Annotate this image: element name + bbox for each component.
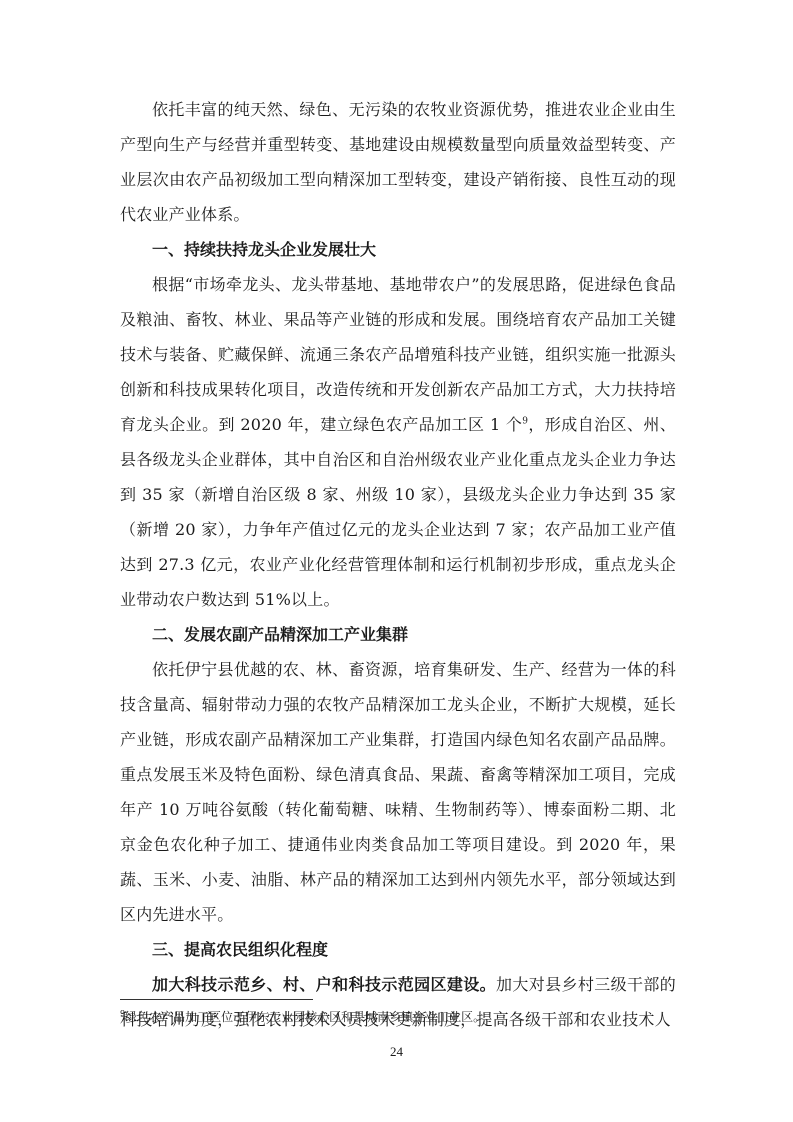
page-body: 依托丰富的纯天然、绿色、无污染的农牧业资源优势，推进农业企业由生产型向生产与经营… xyxy=(120,92,676,1037)
section-2-paragraph: 依托伊宁县优越的农、林、畜资源，培育集研发、生产、经营为一体的科技含量高、辐射带… xyxy=(120,652,676,932)
section-1-text-after: ，形成自治区、州、县各级龙头企业群体，其中自治区和自治州级农业产业化重点龙头企业… xyxy=(120,415,676,609)
footnote-text: 绿色农产品加工区位于伊东工业园核心区和县城南乡镇企业工业区。 xyxy=(125,1010,485,1024)
section-3-lead: 加大科技示范乡、村、户和科技示范园区建设。 xyxy=(152,975,496,994)
section-heading-2: 二、发展农副产品精深加工产业集群 xyxy=(120,617,676,652)
page-number: 24 xyxy=(0,1044,793,1060)
section-heading-1: 一、持续扶持龙头企业发展壮大 xyxy=(120,232,676,267)
section-1-text-before: 根据“市场牵龙头、龙头带基地、基地带农户”的发展思路，促进绿色食品及粮油、畜牧、… xyxy=(120,275,676,434)
section-1-paragraph: 根据“市场牵龙头、龙头带基地、基地带农户”的发展思路，促进绿色食品及粮油、畜牧、… xyxy=(120,267,676,617)
section-heading-3: 三、提高农民组织化程度 xyxy=(120,932,676,967)
footnote-separator xyxy=(120,999,313,1000)
intro-paragraph: 依托丰富的纯天然、绿色、无污染的农牧业资源优势，推进农业企业由生产型向生产与经营… xyxy=(120,92,676,232)
footnote: 9绿色农产品加工区位于伊东工业园核心区和县城南乡镇企业工业区。 xyxy=(120,1008,485,1026)
section-3-paragraph: 加大科技示范乡、村、户和科技示范园区建设。加大对县乡村三级干部的科技培训力度，强… xyxy=(120,967,676,1037)
